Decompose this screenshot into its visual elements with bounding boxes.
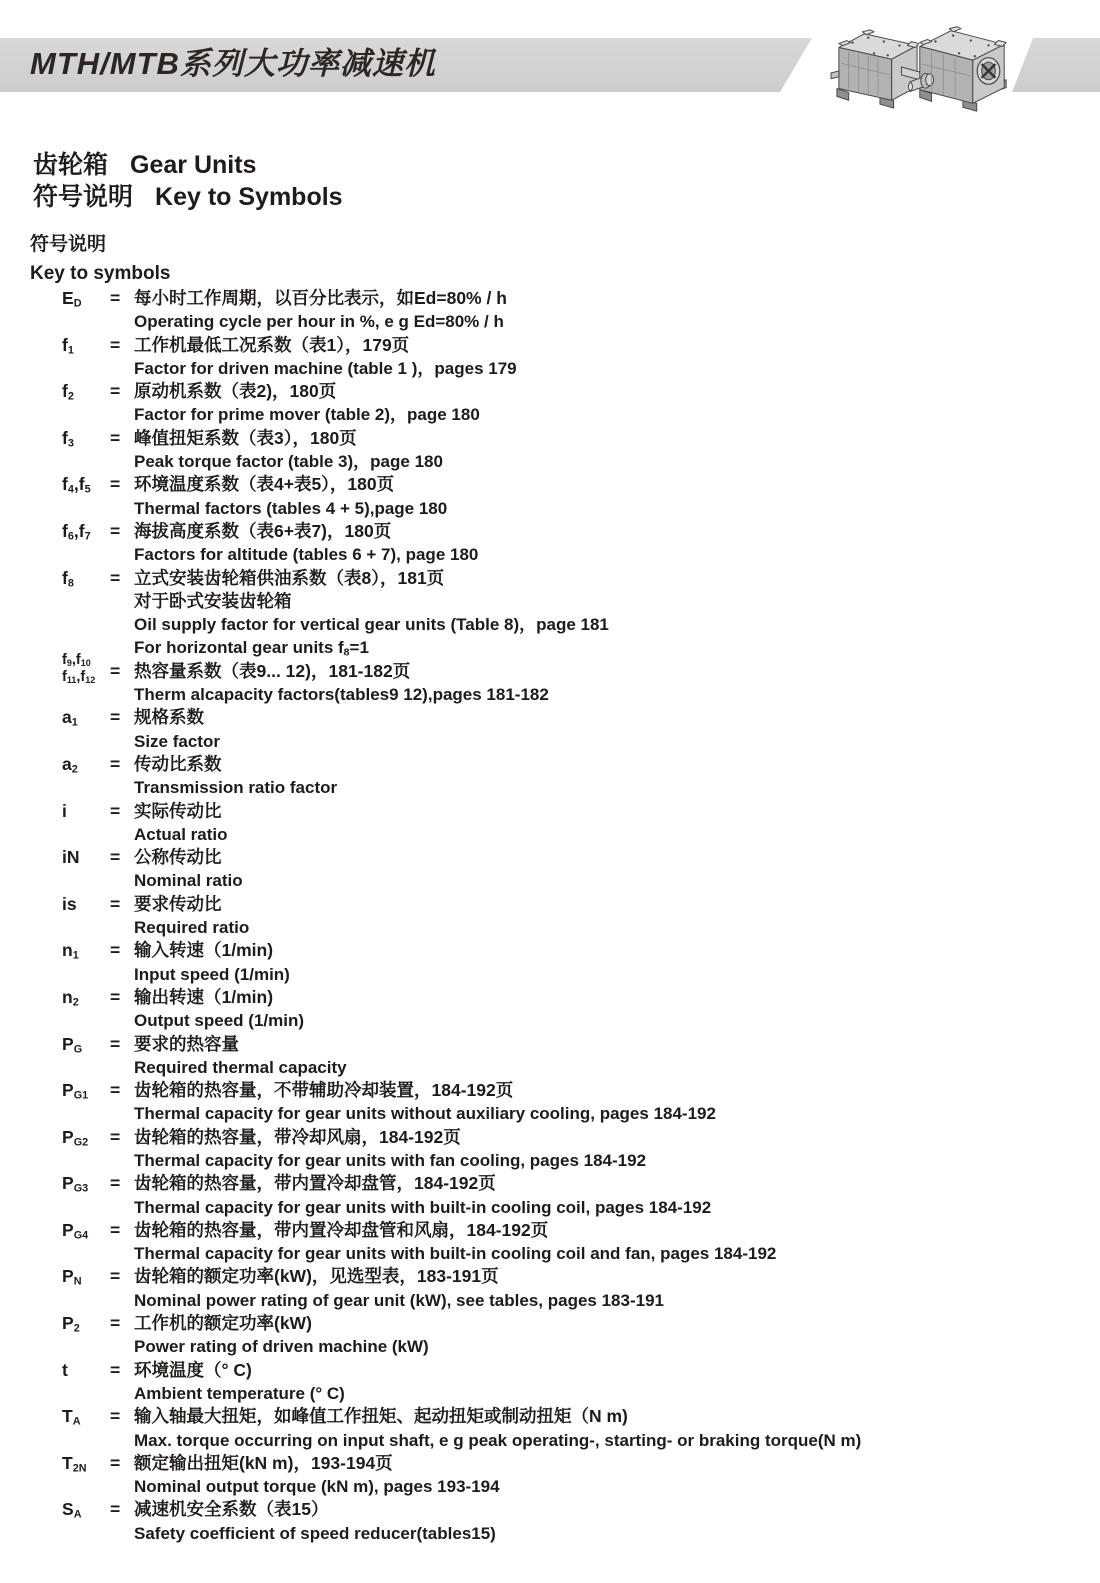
symbol-entry: PG1=齿轮箱的热容量，不带辅助冷却装置，184-192页Thermal cap… — [62, 1079, 1072, 1126]
symbol-cell: iN — [62, 846, 110, 869]
symbol-subscript: 1 — [68, 344, 74, 356]
definition-cell: 环境温度系数（表4+表5），180页Thermal factors (table… — [134, 473, 1072, 520]
definition-cell: 公称传动比Nominal ratio — [134, 846, 1072, 893]
symbol-definition-list: ED=每小时工作周期，以百分比表示，如Ed=80% / hOperating c… — [62, 287, 1072, 1545]
definition-line-en: Thermal capacity for gear units with bui… — [134, 1196, 1072, 1219]
key-heading-en: Key to symbols — [30, 259, 170, 288]
equals-sign: = — [110, 1033, 134, 1056]
symbol-entry: f2=原动机系数（表2)，180页Factor for prime mover … — [62, 380, 1072, 427]
definition-line-en: Thermal capacity for gear units with bui… — [134, 1242, 1072, 1265]
definition-cell: 传动比系数Transmission ratio factor — [134, 753, 1072, 800]
symbol-cell: f2 — [62, 380, 110, 403]
symbol-text: T — [62, 1453, 73, 1473]
equals-sign: = — [110, 427, 134, 450]
definition-line-en: Output speed (1/min) — [134, 1009, 1072, 1032]
symbol-cell: PG2 — [62, 1126, 110, 1149]
equals-sign: = — [110, 334, 134, 357]
catalog-page: MTH/MTB系列大功率减速机 — [0, 0, 1100, 1583]
symbol-cell: P2 — [62, 1312, 110, 1335]
equals-sign: = — [110, 287, 134, 310]
definition-cell: 实际传动比Actual ratio — [134, 800, 1072, 847]
section-title-cn: 符号说明 — [33, 183, 133, 211]
symbol-entry: i=实际传动比Actual ratio — [62, 800, 1072, 847]
symbol-entry: ED=每小时工作周期，以百分比表示，如Ed=80% / hOperating c… — [62, 287, 1072, 334]
symbol-line: f2 — [62, 380, 110, 403]
symbol-subscript: 2 — [72, 763, 78, 775]
symbol-line: T2N — [62, 1452, 110, 1475]
symbol-cell: n1 — [62, 939, 110, 962]
symbol-cell: t — [62, 1359, 110, 1382]
symbol-cell: a1 — [62, 706, 110, 729]
symbol-entry: n1=输入转速（1/min)Input speed (1/min) — [62, 939, 1072, 986]
definition-line-cn: 齿轮箱的热容量，带内置冷却盘管和风扇，184-192页 — [134, 1219, 1072, 1242]
symbol-entry: t=环境温度（° C)Ambient temperature (° C) — [62, 1359, 1072, 1406]
key-heading-cn: 符号说明 — [30, 230, 170, 259]
definition-line-en: Nominal output torque (kN m), pages 193-… — [134, 1475, 1072, 1498]
equals-sign: = — [110, 1498, 134, 1521]
symbol-line: iN — [62, 846, 110, 869]
banner-accent-stripe — [1012, 38, 1100, 92]
symbol-text: a — [62, 754, 72, 774]
symbol-subscript: G — [74, 1043, 82, 1055]
symbol-cell: ED — [62, 287, 110, 310]
symbol-subscript: 2 — [68, 391, 74, 403]
definition-cell: 每小时工作周期，以百分比表示，如Ed=80% / hOperating cycl… — [134, 287, 1072, 334]
symbol-line: t — [62, 1359, 110, 1382]
symbol-subscript: 2 — [74, 1322, 80, 1334]
symbol-text: P — [62, 1127, 74, 1147]
symbol-text: P — [62, 1266, 74, 1286]
definition-line-en: Nominal power rating of gear unit (kW), … — [134, 1289, 1072, 1312]
symbol-text: =1 — [350, 638, 369, 657]
page-titles: 齿轮箱Gear Units 符号说明Key to Symbols — [33, 149, 343, 213]
symbol-cell: PN — [62, 1265, 110, 1288]
definition-cell: 原动机系数（表2)，180页Factor for prime mover (ta… — [134, 380, 1072, 427]
definition-line-cn: 对于卧式安装齿轮箱 — [134, 590, 1072, 613]
definition-cell: 齿轮箱的热容量，带内置冷却盘管和风扇，184-192页Thermal capac… — [134, 1219, 1072, 1266]
definition-line-en: Factor for driven machine (table 1 )，pag… — [134, 357, 1072, 380]
symbol-subscript: 1 — [73, 950, 79, 962]
definition-line-cn: 峰值扭矩系数（表3），180页 — [134, 427, 1072, 450]
symbol-cell: f9,f10f11,f12 — [62, 652, 110, 687]
definition-cell: 要求的热容量Required thermal capacity — [134, 1033, 1072, 1080]
symbol-cell: i — [62, 800, 110, 823]
symbol-line: P2 — [62, 1312, 110, 1335]
symbol-line: a2 — [62, 753, 110, 776]
definition-line-cn: 工作机最低工况系数（表1），179页 — [134, 334, 1072, 357]
symbol-text: P — [62, 1173, 74, 1193]
definition-line-en: Ambient temperature (° C) — [134, 1382, 1072, 1405]
symbol-cell: is — [62, 893, 110, 916]
symbol-cell: TA — [62, 1405, 110, 1428]
symbol-text: P — [62, 1220, 74, 1240]
symbol-entry: TA=输入轴最大扭矩，如峰值工作扭矩、起动扭矩或制动扭矩（N m)Max. to… — [62, 1405, 1072, 1452]
definition-line-en: Peak torque factor (table 3)，page 180 — [134, 450, 1072, 473]
equals-sign: = — [110, 1079, 134, 1102]
definition-line-en: Thermal capacity for gear units with fan… — [134, 1149, 1072, 1172]
symbol-entry: f8=立式安装齿轮箱供油系数（表8），181页对于卧式安装齿轮箱Oil supp… — [62, 567, 1072, 660]
symbol-entry: f9,f10f11,f12=热容量系数（表9... 12)，181-182页Th… — [62, 660, 1072, 707]
equals-sign: = — [110, 753, 134, 776]
symbol-text: T — [62, 1406, 73, 1426]
definition-line-cn: 公称传动比 — [134, 846, 1072, 869]
symbol-subscript: 8 — [68, 577, 74, 589]
symbol-line: PG2 — [62, 1126, 110, 1149]
equals-sign: = — [110, 1312, 134, 1335]
symbol-text: iN — [62, 847, 80, 867]
header-banner: MTH/MTB系列大功率减速机 — [0, 0, 1100, 130]
symbol-cell: SA — [62, 1498, 110, 1521]
symbol-cell: PG — [62, 1033, 110, 1056]
equals-sign: = — [110, 986, 134, 1009]
symbol-line: f8 — [62, 567, 110, 590]
symbol-subscript: A — [74, 1509, 82, 1521]
equals-sign: = — [110, 473, 134, 496]
symbol-text: ,f — [74, 521, 85, 541]
symbol-text: P — [62, 1080, 74, 1100]
definition-cell: 环境温度（° C)Ambient temperature (° C) — [134, 1359, 1072, 1406]
symbol-entry: is=要求传动比Required ratio — [62, 893, 1072, 940]
symbol-text: a — [62, 707, 72, 727]
symbol-cell: f8 — [62, 567, 110, 590]
definition-line-cn: 要求的热容量 — [134, 1033, 1072, 1056]
equals-sign: = — [110, 893, 134, 916]
symbol-line: f11,f12 — [62, 669, 110, 687]
definition-line-cn: 每小时工作周期，以百分比表示，如Ed=80% / h — [134, 287, 1072, 310]
definition-line-cn: 海拔高度系数（表6+表7)，180页 — [134, 520, 1072, 543]
section-title-en: Key to Symbols — [155, 183, 343, 211]
banner-title: MTH/MTB系列大功率减速机 — [30, 38, 436, 92]
definition-line-en: Max. torque occurring on input shaft, e … — [134, 1429, 1072, 1452]
symbol-entry: a1=规格系数Size factor — [62, 706, 1072, 753]
symbol-text: t — [62, 1360, 68, 1380]
symbol-subscript: 12 — [85, 675, 95, 685]
definition-line-en: For horizontal gear units f8=1 — [134, 636, 1072, 659]
symbol-line: SA — [62, 1498, 110, 1521]
definition-line-cn: 输出转速（1/min) — [134, 986, 1072, 1009]
symbol-entry: f4,f5=环境温度系数（表4+表5），180页Thermal factors … — [62, 473, 1072, 520]
symbol-entry: iN=公称传动比Nominal ratio — [62, 846, 1072, 893]
symbol-line: PG1 — [62, 1079, 110, 1102]
definition-line-en: Operating cycle per hour in %, e g Ed=80… — [134, 310, 1072, 333]
definition-line-en: Oil supply factor for vertical gear unit… — [134, 613, 1072, 636]
definition-line-cn: 减速机安全系数（表15） — [134, 1498, 1072, 1521]
definition-line-cn: 输入轴最大扭矩，如峰值工作扭矩、起动扭矩或制动扭矩（N m) — [134, 1405, 1072, 1428]
definition-line-cn: 齿轮箱的热容量，带内置冷却盘管，184-192页 — [134, 1172, 1072, 1195]
equals-sign: = — [110, 706, 134, 729]
definition-line-en: Input speed (1/min) — [134, 963, 1072, 986]
symbol-line: PG — [62, 1033, 110, 1056]
definition-line-en: Therm alcapacity factors(tables9 12),pag… — [134, 683, 1072, 706]
definition-line-en: Required ratio — [134, 916, 1072, 939]
symbol-text: n — [62, 987, 73, 1007]
definition-line-cn: 原动机系数（表2)，180页 — [134, 380, 1072, 403]
symbol-subscript: 7 — [85, 530, 91, 542]
definition-line-cn: 要求传动比 — [134, 893, 1072, 916]
definition-cell: 要求传动比Required ratio — [134, 893, 1072, 940]
symbol-line: a1 — [62, 706, 110, 729]
symbol-text: n — [62, 940, 73, 960]
symbol-line: TA — [62, 1405, 110, 1428]
definition-cell: 峰值扭矩系数（表3），180页Peak torque factor (table… — [134, 427, 1072, 474]
symbol-line: f6,f7 — [62, 520, 110, 543]
symbol-subscript: 5 — [85, 484, 91, 496]
symbol-text: For horizontal gear units f — [134, 638, 344, 657]
symbol-line: ED — [62, 287, 110, 310]
symbol-cell: a2 — [62, 753, 110, 776]
definition-line-en: Transmission ratio factor — [134, 776, 1072, 799]
symbol-line: f9,f10 — [62, 652, 110, 670]
definition-line-cn: 实际传动比 — [134, 800, 1072, 823]
definition-line-en: Safety coefficient of speed reducer(tabl… — [134, 1522, 1072, 1545]
definition-cell: 海拔高度系数（表6+表7)，180页Factors for altitude (… — [134, 520, 1072, 567]
definition-line-cn: 齿轮箱的额定功率(kW)，见选型表，183-191页 — [134, 1265, 1072, 1288]
symbol-line: is — [62, 893, 110, 916]
key-to-symbols-heading: 符号说明 Key to symbols — [30, 230, 170, 288]
symbol-entry: P2=工作机的额定功率(kW)Power rating of driven ma… — [62, 1312, 1072, 1359]
definition-line-en: Required thermal capacity — [134, 1056, 1072, 1079]
definition-cell: 立式安装齿轮箱供油系数（表8），181页对于卧式安装齿轮箱Oil supply … — [134, 567, 1072, 660]
definition-line-en: Factors for altitude (tables 6 + 7), pag… — [134, 543, 1072, 566]
definition-line-cn: 立式安装齿轮箱供油系数（表8），181页 — [134, 567, 1072, 590]
symbol-line: PG3 — [62, 1172, 110, 1195]
symbol-cell: PG3 — [62, 1172, 110, 1195]
definition-line-cn: 工作机的额定功率(kW) — [134, 1312, 1072, 1335]
definition-cell: 规格系数Size factor — [134, 706, 1072, 753]
symbol-line: f1 — [62, 334, 110, 357]
symbol-subscript: 3 — [68, 437, 74, 449]
equals-sign: = — [110, 520, 134, 543]
section-title-row: 符号说明Key to Symbols — [33, 181, 343, 213]
definition-cell: 输入轴最大扭矩，如峰值工作扭矩、起动扭矩或制动扭矩（N m)Max. torqu… — [134, 1405, 1072, 1452]
symbol-entry: T2N=额定输出扭矩(kN m)，193-194页Nominal output … — [62, 1452, 1072, 1499]
equals-sign: = — [110, 660, 134, 683]
equals-sign: = — [110, 800, 134, 823]
symbol-entry: PG4=齿轮箱的热容量，带内置冷却盘管和风扇，184-192页Thermal c… — [62, 1219, 1072, 1266]
symbol-entry: PG=要求的热容量Required thermal capacity — [62, 1033, 1072, 1080]
definition-cell: 输出转速（1/min)Output speed (1/min) — [134, 986, 1072, 1033]
definition-line-cn: 输入转速（1/min) — [134, 939, 1072, 962]
symbol-cell: f6,f7 — [62, 520, 110, 543]
symbol-subscript: D — [74, 297, 82, 309]
symbol-subscript: G3 — [74, 1183, 88, 1195]
definition-line-cn: 环境温度系数（表4+表5），180页 — [134, 473, 1072, 496]
symbol-text: E — [62, 288, 74, 308]
product-title-cn: 齿轮箱 — [33, 151, 108, 179]
symbol-subscript: 1 — [72, 717, 78, 729]
equals-sign: = — [110, 1405, 134, 1428]
definition-cell: 额定输出扭矩(kN m)，193-194页Nominal output torq… — [134, 1452, 1072, 1499]
symbol-text: ,f — [74, 474, 85, 494]
symbol-line: f4,f5 — [62, 473, 110, 496]
symbol-text: P — [62, 1034, 74, 1054]
symbol-cell: f1 — [62, 334, 110, 357]
definition-line-cn: 齿轮箱的热容量，不带辅助冷却装置，184-192页 — [134, 1079, 1072, 1102]
symbol-line: i — [62, 800, 110, 823]
symbol-subscript: A — [73, 1416, 81, 1428]
symbol-line: PN — [62, 1265, 110, 1288]
definition-line-cn: 热容量系数（表9... 12)，181-182页 — [134, 660, 1072, 683]
equals-sign: = — [110, 846, 134, 869]
definition-line-en: Thermal capacity for gear units without … — [134, 1102, 1072, 1125]
symbol-text: S — [62, 1499, 74, 1519]
symbol-entry: n2=输出转速（1/min)Output speed (1/min) — [62, 986, 1072, 1033]
definition-cell: 减速机安全系数（表15）Safety coefficient of speed … — [134, 1498, 1072, 1545]
symbol-subscript: 10 — [81, 658, 91, 668]
symbol-entry: PN=齿轮箱的额定功率(kW)，见选型表，183-191页Nominal pow… — [62, 1265, 1072, 1312]
definition-line-cn: 额定输出扭矩(kN m)，193-194页 — [134, 1452, 1072, 1475]
definition-line-cn: 环境温度（° C) — [134, 1359, 1072, 1382]
symbol-text: ,f — [72, 652, 81, 668]
symbol-cell: PG4 — [62, 1219, 110, 1242]
symbol-entry: PG3=齿轮箱的热容量，带内置冷却盘管，184-192页Thermal capa… — [62, 1172, 1072, 1219]
product-title-row: 齿轮箱Gear Units — [33, 149, 343, 181]
equals-sign: = — [110, 1452, 134, 1475]
symbol-entry: PG2=齿轮箱的热容量，带冷却风扇，184-192页Thermal capaci… — [62, 1126, 1072, 1173]
symbol-subscript: G2 — [74, 1136, 88, 1148]
symbol-subscript: 2 — [73, 996, 79, 1008]
definition-cell: 输入转速（1/min)Input speed (1/min) — [134, 939, 1072, 986]
symbol-cell: f4,f5 — [62, 473, 110, 496]
symbol-subscript: N — [74, 1276, 82, 1288]
symbol-entry: f1=工作机最低工况系数（表1），179页Factor for driven m… — [62, 334, 1072, 381]
definition-line-en: Actual ratio — [134, 823, 1072, 846]
symbol-line: PG4 — [62, 1219, 110, 1242]
definition-line-en: Factor for prime mover (table 2)，page 18… — [134, 403, 1072, 426]
symbol-cell: n2 — [62, 986, 110, 1009]
equals-sign: = — [110, 1359, 134, 1382]
symbol-line: n1 — [62, 939, 110, 962]
symbol-text: is — [62, 894, 77, 914]
definition-line-cn: 传动比系数 — [134, 753, 1072, 776]
equals-sign: = — [110, 1126, 134, 1149]
symbol-cell: T2N — [62, 1452, 110, 1475]
equals-sign: = — [110, 380, 134, 403]
bevel-gear-unit-image — [908, 20, 1016, 115]
definition-cell: 齿轮箱的热容量，不带辅助冷却装置，184-192页Thermal capacit… — [134, 1079, 1072, 1126]
symbol-line: f3 — [62, 427, 110, 450]
equals-sign: = — [110, 1172, 134, 1195]
definition-line-cn: 齿轮箱的热容量，带冷却风扇，184-192页 — [134, 1126, 1072, 1149]
product-title-en: Gear Units — [130, 151, 256, 179]
symbol-cell: f3 — [62, 427, 110, 450]
symbol-text: ,f — [76, 669, 85, 685]
symbol-text: P — [62, 1313, 74, 1333]
definition-cell: 工作机最低工况系数（表1），179页Factor for driven mach… — [134, 334, 1072, 381]
definition-line-cn: 规格系数 — [134, 706, 1072, 729]
symbol-subscript: G1 — [74, 1089, 88, 1101]
symbol-entry: f6,f7=海拔高度系数（表6+表7)，180页Factors for alti… — [62, 520, 1072, 567]
symbol-cell: PG1 — [62, 1079, 110, 1102]
equals-sign: = — [110, 1219, 134, 1242]
symbol-line: n2 — [62, 986, 110, 1009]
definition-line-en: Power rating of driven machine (kW) — [134, 1335, 1072, 1358]
definition-cell: 热容量系数（表9... 12)，181-182页Therm alcapacity… — [134, 660, 1072, 707]
definition-line-en: Thermal factors (tables 4 + 5),page 180 — [134, 497, 1072, 520]
symbol-entry: f3=峰值扭矩系数（表3），180页Peak torque factor (ta… — [62, 427, 1072, 474]
equals-sign: = — [110, 567, 134, 590]
definition-cell: 齿轮箱的热容量，带冷却风扇，184-192页Thermal capacity f… — [134, 1126, 1072, 1173]
definition-cell: 工作机的额定功率(kW)Power rating of driven machi… — [134, 1312, 1072, 1359]
definition-cell: 齿轮箱的额定功率(kW)，见选型表，183-191页Nominal power … — [134, 1265, 1072, 1312]
symbol-subscript: 11 — [67, 675, 77, 685]
symbol-entry: SA=减速机安全系数（表15）Safety coefficient of spe… — [62, 1498, 1072, 1545]
definition-line-en: Nominal ratio — [134, 869, 1072, 892]
equals-sign: = — [110, 939, 134, 962]
symbol-subscript: G4 — [74, 1229, 88, 1241]
definition-cell: 齿轮箱的热容量，带内置冷却盘管，184-192页Thermal capacity… — [134, 1172, 1072, 1219]
equals-sign: = — [110, 1265, 134, 1288]
definition-line-en: Size factor — [134, 730, 1072, 753]
symbol-text: i — [62, 801, 67, 821]
symbol-entry: a2=传动比系数Transmission ratio factor — [62, 753, 1072, 800]
symbol-subscript: 2N — [73, 1462, 87, 1474]
